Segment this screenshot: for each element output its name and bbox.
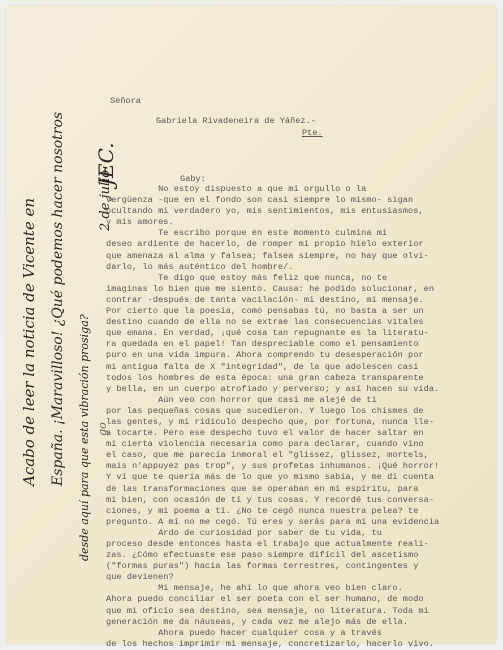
body-line: pregunto. A mí no me cegó. Tú eres y ser… (106, 517, 486, 528)
body-line: que amenaza al alma y falsea; falsea sie… (106, 251, 486, 262)
body-line: zas. ¿Cómo efectuaste ese paso siempre d… (106, 550, 486, 561)
body-line: darlo, lo más auténtico del hombre/. (106, 262, 486, 273)
body-line: el caso, que me parecía inmoral el "glis… (106, 450, 486, 461)
body-line: ("formas puras") hacia las formas terres… (106, 561, 486, 572)
body-line: deseo ardiente de hacerlo, de romper mi … (106, 239, 486, 250)
body-line: y bella, en un cuerpo atrofiado y perver… (106, 384, 486, 395)
margin-note-line-3: desde aquí para que esta vibración prosi… (78, 314, 91, 561)
body-line: puro en una vida impura. Ahora comprendo… (106, 350, 486, 361)
body-line: generación me da náuseas, y cada vez me … (106, 617, 486, 628)
body-line: Ahora puedo conciliar el ser poeta con e… (106, 594, 486, 605)
salutation-title: Señora (110, 96, 141, 106)
body-line: Te digo que estoy más feliz que nunca, n… (106, 273, 486, 284)
body-line: proceso desde entonces hasta el trabajo … (106, 539, 486, 550)
body-line: que emana. En verdad, ¡qué cosa tan repu… (106, 328, 486, 339)
letter-body: No estoy dispuesto a que mi orgullo o la… (106, 184, 486, 650)
margin-note-line-1: Acabo de leer la noticia de Vicente en (20, 198, 38, 486)
body-line: mais n'appuyez pas trop", y sus profetas… (106, 461, 486, 472)
body-line: contrar -después de tanta vacilación- mi… (106, 295, 486, 306)
body-line: por las pequeñas cosas que sucedieron. Y… (106, 406, 486, 417)
body-line: Ahora puedo hacer cualquier cosa y a tra… (106, 628, 486, 639)
recipient-suffix: Pte. (302, 128, 323, 138)
body-line: a tocarte. Pero ese despecho tuvo el val… (106, 428, 486, 439)
body-line: ciones, y mi poema a tí. ¿No te cegó nun… (106, 506, 486, 517)
recipient-name: Gabriela Rivadeneira de Yáñez.- (156, 116, 316, 126)
body-line: Te escribo porque en este momento culmin… (106, 228, 486, 239)
body-line: las gentes, y mi ridículo despecho que, … (106, 417, 486, 428)
body-line: ocultando mi verdadero yo, mis sentimien… (106, 206, 486, 217)
letter-page: Acabo de leer la noticia de Vicente en E… (6, 6, 496, 644)
body-line: destino cuando de ella no se extrae las … (106, 317, 486, 328)
body-line: mí cierta violencia necesaria como para … (106, 439, 486, 450)
margin-note-line-2: España. ¡Maravilloso! ¿Qué podemos hacer… (50, 112, 66, 486)
body-line: Ardo de curiosidad por saber de tu vida,… (106, 528, 486, 539)
body-line: Aún veo con horror que casi me alejé de … (106, 395, 486, 406)
handwritten-margin-notes: Acabo de leer la noticia de Vicente en E… (12, 16, 112, 636)
body-line: y mis amores. (106, 217, 486, 228)
margin-note-initials: JEC. (94, 142, 118, 186)
body-line: vergüenza -que en el fondo son casi siem… (106, 195, 486, 206)
body-line: mi bien, con ocasión de tí y tus cosas. … (106, 495, 486, 506)
body-line: de las transformaciones que se operaban … (106, 484, 486, 495)
body-line: ra quedada en el papel! Tan despreciable… (106, 339, 486, 350)
body-line: todos los hombres de esta época: una gra… (106, 373, 486, 384)
body-line: No estoy dispuesto a que mi orgullo o la (106, 184, 486, 195)
body-line: imaginas lo bien que me siento. Causa: h… (106, 284, 486, 295)
body-line: de los hechos imprimir mi mensaje, concr… (106, 639, 486, 650)
body-line: Y ví que te quería más de lo que yo mism… (106, 472, 486, 483)
body-line: Mi mensaje, he ahí lo que ahora veo bien… (106, 583, 486, 594)
body-line: que devienen? (106, 572, 486, 583)
body-line: Por cierto que la poesía, como pensabas … (106, 306, 486, 317)
body-line: que mi oficio sea destino, sea mensaje, … (106, 606, 486, 617)
greeting: Gaby: (180, 174, 206, 184)
body-line: mi antigua falta de X "integridad", de l… (106, 362, 486, 373)
